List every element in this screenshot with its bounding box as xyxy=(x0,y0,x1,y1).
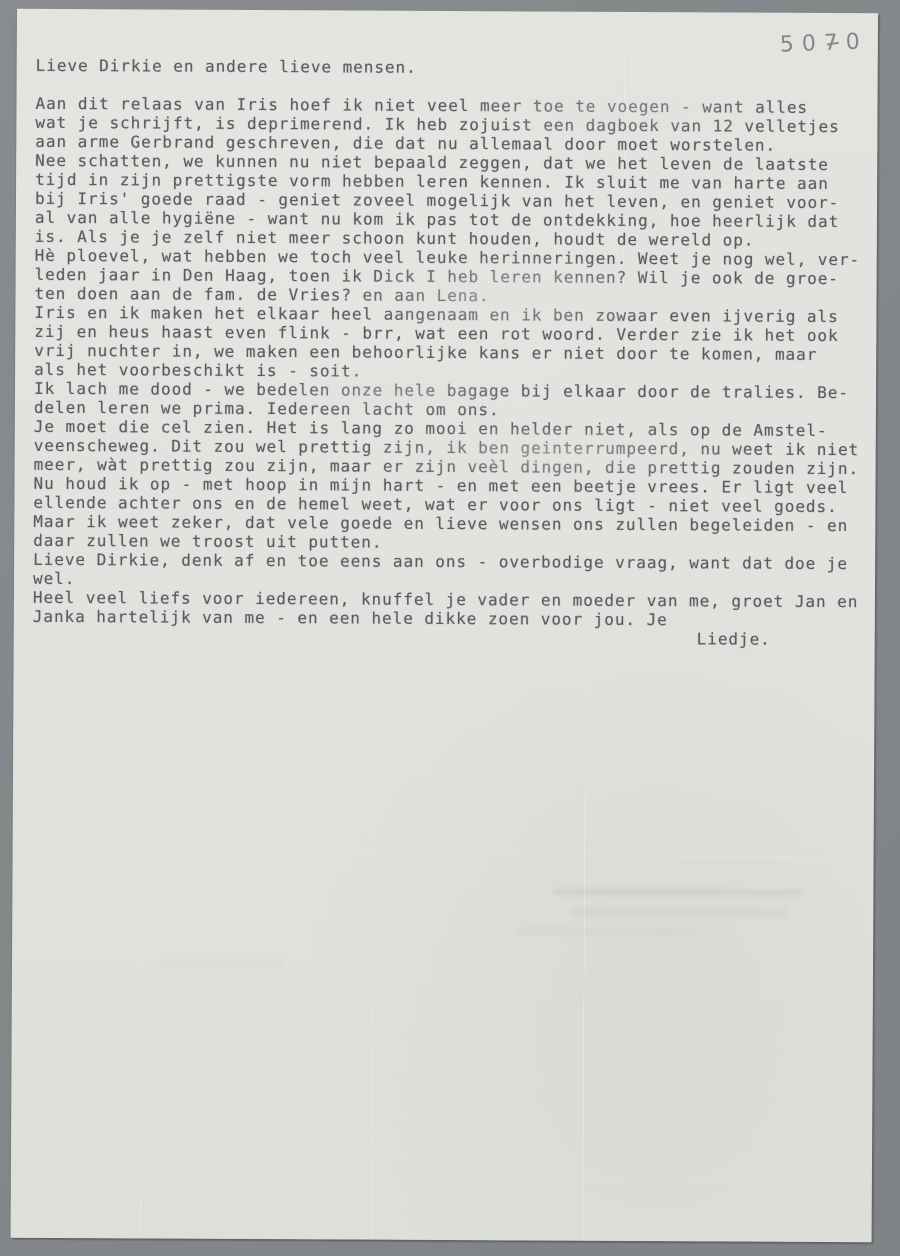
fold-crease-horizontal xyxy=(13,852,874,859)
fold-crease-middle xyxy=(582,572,588,1241)
ink-offset-smudge xyxy=(162,960,282,967)
ink-offset-smudge xyxy=(552,888,802,897)
scan-background: 5070 Lieve Dirkie en andere lieve mensen… xyxy=(0,0,900,1256)
ink-offset-smudge xyxy=(572,908,787,917)
ink-offset-smudge xyxy=(517,927,697,935)
letter-lines: Lieve Dirkie en andere lieve mensen. Aan… xyxy=(33,56,866,630)
fold-crease-lower-mid xyxy=(371,711,376,1240)
fold-crease-lower-left xyxy=(140,769,144,1238)
archive-number: 5070 xyxy=(779,29,868,57)
signature: Liedje. xyxy=(33,626,863,649)
letter-body: Lieve Dirkie en andere lieve mensen. Aan… xyxy=(33,56,866,649)
letter-page: 5070 Lieve Dirkie en andere lieve mensen… xyxy=(11,9,878,1242)
